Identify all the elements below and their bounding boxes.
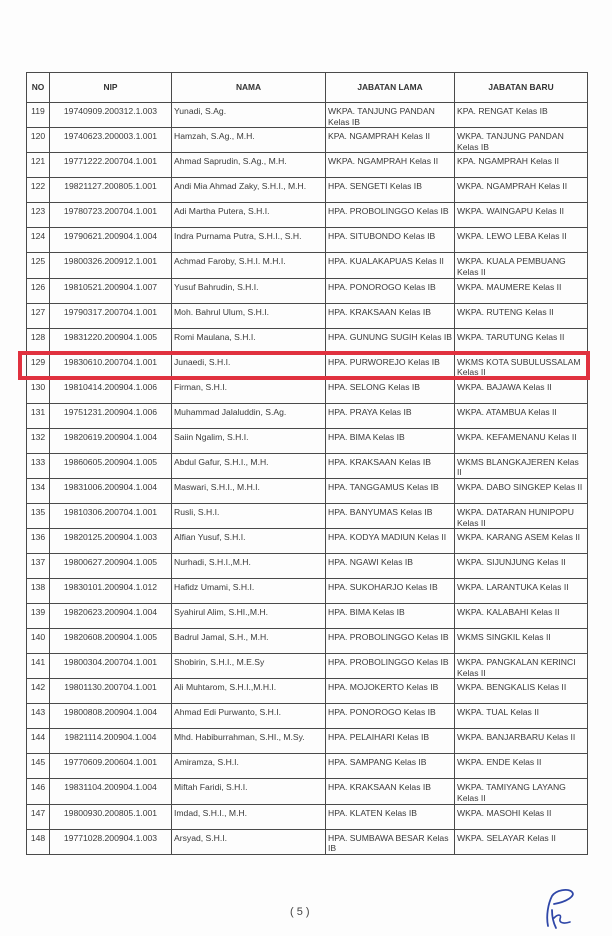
cell-no: 140 — [27, 629, 50, 654]
cell-jabatan-lama: HPA. SELONG Kelas IB — [326, 378, 455, 403]
header-no: NO — [27, 73, 50, 103]
cell-nama: Hafidz Umami, S.H.I. — [172, 579, 326, 604]
table-row: 12019740623.200003.1.001Hamzah, S.Ag., M… — [27, 128, 588, 153]
cell-jabatan-baru: WKPA. NGAMPRAH Kelas II — [455, 178, 588, 203]
cell-nama: Shobirin, S.H.I., M.E.Sy — [172, 654, 326, 679]
cell-nama: Romi Maulana, S.H.I. — [172, 328, 326, 353]
table-row: 13419831006.200904.1.004Maswari, S.H.I.,… — [27, 478, 588, 503]
cell-nama: Badrul Jamal, S.H., M.H. — [172, 629, 326, 654]
cell-jabatan-lama: HPA. PRAYA Kelas IB — [326, 403, 455, 428]
table-row: 12219821127.200805.1.001Andi Mia Ahmad Z… — [27, 178, 588, 203]
table-row: 13819830101.200904.1.012Hafidz Umami, S.… — [27, 579, 588, 604]
table-row: 14219801130.200704.1.001Ali Muhtarom, S.… — [27, 679, 588, 704]
cell-nip: 19751231.200904.1.006 — [50, 403, 172, 428]
cell-no: 141 — [27, 654, 50, 679]
cell-jabatan-lama: HPA. KRAKSAAN Kelas IB — [326, 779, 455, 804]
cell-no: 138 — [27, 579, 50, 604]
cell-jabatan-lama: HPA. MOJOKERTO Kelas IB — [326, 679, 455, 704]
cell-nip: 19831006.200904.1.004 — [50, 478, 172, 503]
cell-jabatan-baru: KPA. NGAMPRAH Kelas II — [455, 153, 588, 178]
cell-no: 145 — [27, 754, 50, 779]
cell-jabatan-lama: HPA. SENGETI Kelas IB — [326, 178, 455, 203]
cell-nip: 19801130.200704.1.001 — [50, 679, 172, 704]
cell-no: 128 — [27, 328, 50, 353]
cell-jabatan-baru: WKPA. TUAL Kelas II — [455, 704, 588, 729]
header-nama: NAMA — [172, 73, 326, 103]
cell-nip: 19830101.200904.1.012 — [50, 579, 172, 604]
cell-nip: 19810521.200904.1.007 — [50, 278, 172, 303]
cell-no: 132 — [27, 428, 50, 453]
cell-nip: 19800304.200704.1.001 — [50, 654, 172, 679]
cell-nama: Imdad, S.H.I., M.H. — [172, 804, 326, 829]
cell-nip: 19800808.200904.1.004 — [50, 704, 172, 729]
cell-jabatan-lama: HPA. PROBOLINGGO Kelas IB — [326, 654, 455, 679]
cell-no: 143 — [27, 704, 50, 729]
cell-jabatan-lama: HPA. KUALAKAPUAS Kelas II — [326, 253, 455, 278]
cell-jabatan-baru: WKPA. TAMIYANG LAYANG Kelas II — [455, 779, 588, 804]
cell-jabatan-lama: HPA. BANYUMAS Kelas IB — [326, 503, 455, 528]
cell-jabatan-lama: HPA. SUMBAWA BESAR Kelas IB — [326, 829, 455, 854]
cell-nama: Rusli, S.H.I. — [172, 503, 326, 528]
cell-jabatan-baru: WKPA. KARANG ASEM Kelas II — [455, 529, 588, 554]
cell-nama: Amiramza, S.H.I. — [172, 754, 326, 779]
table-row: 13519810306.200704.1.001Rusli, S.H.I.HPA… — [27, 503, 588, 528]
cell-nama: Yusuf Bahrudin, S.H.I. — [172, 278, 326, 303]
cell-no: 122 — [27, 178, 50, 203]
cell-jabatan-lama: HPA. TANGGAMUS Kelas IB — [326, 478, 455, 503]
cell-jabatan-lama: HPA. NGAWI Kelas IB — [326, 554, 455, 579]
cell-no: 142 — [27, 679, 50, 704]
cell-jabatan-lama: HPA. KODYA MADIUN Kelas II — [326, 529, 455, 554]
cell-nama: Adi Martha Putera, S.H.I. — [172, 203, 326, 228]
cell-jabatan-lama: HPA. SUKOHARJO Kelas IB — [326, 579, 455, 604]
cell-nip: 19740623.200003.1.001 — [50, 128, 172, 153]
cell-nip: 19800627.200904.1.005 — [50, 554, 172, 579]
cell-nama: Yunadi, S.Ag. — [172, 103, 326, 128]
table-row: 12719790317.200704.1.001Moh. Bahrul Ulum… — [27, 303, 588, 328]
cell-no: 119 — [27, 103, 50, 128]
cell-jabatan-baru: WKPA. ENDE Kelas II — [455, 754, 588, 779]
cell-nama: Ahmad Saprudin, S.Ag., M.H. — [172, 153, 326, 178]
cell-no: 136 — [27, 529, 50, 554]
cell-jabatan-baru: WKPA. MAUMERE Kelas II — [455, 278, 588, 303]
cell-nama: Miftah Faridi, S.H.I. — [172, 779, 326, 804]
cell-nip: 19830610.200704.1.001 — [50, 353, 172, 378]
cell-jabatan-baru: WKPA. BAJAWA Kelas II — [455, 378, 588, 403]
cell-no: 127 — [27, 303, 50, 328]
table-row: 14419821114.200904.1.004Mhd. Habiburrahm… — [27, 729, 588, 754]
cell-jabatan-lama: HPA. KRAKSAAN Kelas IB — [326, 453, 455, 478]
cell-nama: Indra Purnama Putra, S.H.I., S.H. — [172, 228, 326, 253]
cell-nip: 19800326.200912.1.001 — [50, 253, 172, 278]
header-nip: NIP — [50, 73, 172, 103]
cell-nip: 19831104.200904.1.004 — [50, 779, 172, 804]
cell-jabatan-lama: HPA. PONOROGO Kelas IB — [326, 278, 455, 303]
cell-nip: 19810414.200904.1.006 — [50, 378, 172, 403]
cell-nip: 19820623.200904.1.004 — [50, 604, 172, 629]
cell-no: 144 — [27, 729, 50, 754]
cell-no: 148 — [27, 829, 50, 854]
cell-jabatan-baru: WKMS KOTA SUBULUSSALAM Kelas II — [455, 353, 588, 378]
cell-jabatan-lama: HPA. SAMPANG Kelas IB — [326, 754, 455, 779]
cell-jabatan-baru: WKPA. TARUTUNG Kelas II — [455, 328, 588, 353]
cell-nip: 19790317.200704.1.001 — [50, 303, 172, 328]
cell-nama: Maswari, S.H.I., M.H.I. — [172, 478, 326, 503]
table-row: 13919820623.200904.1.004Syahirul Alim, S… — [27, 604, 588, 629]
cell-jabatan-lama: HPA. SITUBONDO Kelas IB — [326, 228, 455, 253]
cell-jabatan-baru: WKPA. KUALA PEMBUANG Kelas II — [455, 253, 588, 278]
cell-nama: Firman, S.H.I. — [172, 378, 326, 403]
cell-no: 134 — [27, 478, 50, 503]
cell-no: 131 — [27, 403, 50, 428]
table-row: 14519770609.200604.1.001Amiramza, S.H.I.… — [27, 754, 588, 779]
cell-jabatan-baru: WKPA. PANGKALAN KERINCI Kelas II — [455, 654, 588, 679]
cell-jabatan-baru: WKPA. MASOHI Kelas II — [455, 804, 588, 829]
cell-nip: 19820125.200904.1.003 — [50, 529, 172, 554]
cell-jabatan-lama: HPA. KRAKSAAN Kelas IB — [326, 303, 455, 328]
cell-jabatan-baru: WKPA. KALABAHI Kelas II — [455, 604, 588, 629]
table-row: 14319800808.200904.1.004Ahmad Edi Purwan… — [27, 704, 588, 729]
cell-jabatan-baru: WKPA. LARANTUKA Kelas II — [455, 579, 588, 604]
table-row: 12319780723.200704.1.001Adi Martha Puter… — [27, 203, 588, 228]
cell-nip: 19821114.200904.1.004 — [50, 729, 172, 754]
cell-nip: 19771222.200704.1.001 — [50, 153, 172, 178]
cell-jabatan-baru: WKPA. DATARAN HUNIPOPU Kelas II — [455, 503, 588, 528]
cell-jabatan-baru: WKMS BLANGKAJEREN Kelas II — [455, 453, 588, 478]
cell-no: 133 — [27, 453, 50, 478]
cell-jabatan-baru: WKPA. WAINGAPU Kelas II — [455, 203, 588, 228]
table-row: 14119800304.200704.1.001Shobirin, S.H.I.… — [27, 654, 588, 679]
cell-jabatan-baru: WKPA. LEWO LEBA Kelas II — [455, 228, 588, 253]
cell-no: 123 — [27, 203, 50, 228]
cell-jabatan-lama: HPA. PURWOREJO Kelas IB — [326, 353, 455, 378]
cell-nama: Hamzah, S.Ag., M.H. — [172, 128, 326, 153]
cell-nama: Junaedi, S.H.I. — [172, 353, 326, 378]
table-row: 12519800326.200912.1.001Achmad Faroby, S… — [27, 253, 588, 278]
cell-nama: Muhammad Jalaluddin, S.Ag. — [172, 403, 326, 428]
cell-jabatan-baru: WKPA. KEFAMENANU Kelas II — [455, 428, 588, 453]
header-jabatan-lama: JABATAN LAMA — [326, 73, 455, 103]
cell-jabatan-baru: WKMS SINGKIL Kelas II — [455, 629, 588, 654]
cell-jabatan-baru: WKPA. RUTENG Kelas II — [455, 303, 588, 328]
cell-jabatan-lama: HPA. KLATEN Kelas IB — [326, 804, 455, 829]
cell-no: 147 — [27, 804, 50, 829]
table-row: 14719800930.200805.1.001Imdad, S.H.I., M… — [27, 804, 588, 829]
cell-nip: 19820608.200904.1.005 — [50, 629, 172, 654]
cell-jabatan-baru: WKPA. ATAMBUA Kelas II — [455, 403, 588, 428]
cell-nama: Mhd. Habiburrahman, S.HI., M.Sy. — [172, 729, 326, 754]
cell-nip: 19831220.200904.1.005 — [50, 328, 172, 353]
cell-nama: Moh. Bahrul Ulum, S.H.I. — [172, 303, 326, 328]
cell-jabatan-lama: WKPA. TANJUNG PANDAN Kelas IB — [326, 103, 455, 128]
cell-jabatan-baru: KPA. RENGAT Kelas IB — [455, 103, 588, 128]
cell-nip: 19810306.200704.1.001 — [50, 503, 172, 528]
cell-jabatan-baru: WKPA. SELAYAR Kelas II — [455, 829, 588, 854]
cell-nama: Alfian Yusuf, S.H.I. — [172, 529, 326, 554]
cell-jabatan-lama: HPA. BIMA Kelas IB — [326, 428, 455, 453]
cell-nip: 19820619.200904.1.004 — [50, 428, 172, 453]
mutation-table: NO NIP NAMA JABATAN LAMA JABATAN BARU 11… — [26, 72, 588, 855]
cell-jabatan-lama: HPA. BIMA Kelas IB — [326, 604, 455, 629]
cell-no: 146 — [27, 779, 50, 804]
cell-jabatan-baru: WKPA. SIJUNJUNG Kelas II — [455, 554, 588, 579]
cell-nama: Achmad Faroby, S.H.I. M.H.I. — [172, 253, 326, 278]
table-row: 12119771222.200704.1.001Ahmad Saprudin, … — [27, 153, 588, 178]
cell-no: 139 — [27, 604, 50, 629]
cell-no: 121 — [27, 153, 50, 178]
header-jabatan-baru: JABATAN BARU — [455, 73, 588, 103]
table-row: 14819771028.200904.1.003Arsyad, S.H.I.HP… — [27, 829, 588, 854]
cell-jabatan-baru: WKPA. BENGKALIS Kelas II — [455, 679, 588, 704]
cell-nip: 19740909.200312.1.003 — [50, 103, 172, 128]
table-header-row: NO NIP NAMA JABATAN LAMA JABATAN BARU — [27, 73, 588, 103]
cell-nama: Abdul Gafur, S.H.I., M.H. — [172, 453, 326, 478]
cell-no: 124 — [27, 228, 50, 253]
cell-no: 130 — [27, 378, 50, 403]
cell-jabatan-lama: HPA. GUNUNG SUGIH Kelas IB — [326, 328, 455, 353]
table-row: 12819831220.200904.1.005Romi Maulana, S.… — [27, 328, 588, 353]
cell-nama: Andi Mia Ahmad Zaky, S.H.I., M.H. — [172, 178, 326, 203]
cell-jabatan-lama: HPA. PELAIHARI Kelas IB — [326, 729, 455, 754]
table-row: 13319860605.200904.1.005Abdul Gafur, S.H… — [27, 453, 588, 478]
cell-nip: 19800930.200805.1.001 — [50, 804, 172, 829]
table-row: 13019810414.200904.1.006Firman, S.H.I.HP… — [27, 378, 588, 403]
signature-icon — [540, 886, 580, 932]
cell-no: 125 — [27, 253, 50, 278]
cell-jabatan-lama: HPA. PROBOLINGGO Kelas IB — [326, 629, 455, 654]
cell-no: 126 — [27, 278, 50, 303]
cell-jabatan-baru: WKPA. TANJUNG PANDAN Kelas IB — [455, 128, 588, 153]
cell-nama: Nurhadi, S.H.I.,M.H. — [172, 554, 326, 579]
cell-nip: 19771028.200904.1.003 — [50, 829, 172, 854]
cell-jabatan-baru: WKPA. BANJARBARU Kelas II — [455, 729, 588, 754]
cell-nama: Ali Muhtarom, S.H.I.,M.H.I. — [172, 679, 326, 704]
table-row: 12419790621.200904.1.004Indra Purnama Pu… — [27, 228, 588, 253]
table-row: 14619831104.200904.1.004Miftah Faridi, S… — [27, 779, 588, 804]
table-row-highlighted: 12919830610.200704.1.001Junaedi, S.H.I.H… — [27, 353, 588, 378]
cell-nip: 19790621.200904.1.004 — [50, 228, 172, 253]
table-row: 13119751231.200904.1.006Muhammad Jalalud… — [27, 403, 588, 428]
cell-no: 120 — [27, 128, 50, 153]
cell-nama: Saiin Ngalim, S.H.I. — [172, 428, 326, 453]
cell-nama: Arsyad, S.H.I. — [172, 829, 326, 854]
cell-nip: 19860605.200904.1.005 — [50, 453, 172, 478]
cell-jabatan-lama: HPA. PONOROGO Kelas IB — [326, 704, 455, 729]
cell-nama: Ahmad Edi Purwanto, S.H.I. — [172, 704, 326, 729]
table-row: 13719800627.200904.1.005Nurhadi, S.H.I.,… — [27, 554, 588, 579]
cell-nip: 19780723.200704.1.001 — [50, 203, 172, 228]
cell-nip: 19821127.200805.1.001 — [50, 178, 172, 203]
cell-nip: 19770609.200604.1.001 — [50, 754, 172, 779]
table-row: 12619810521.200904.1.007Yusuf Bahrudin, … — [27, 278, 588, 303]
table-body: 11919740909.200312.1.003Yunadi, S.Ag.WKP… — [27, 103, 588, 855]
table-row: 13219820619.200904.1.004Saiin Ngalim, S.… — [27, 428, 588, 453]
page-number: ( 5 ) — [290, 906, 310, 918]
cell-jabatan-lama: WKPA. NGAMPRAH Kelas II — [326, 153, 455, 178]
cell-jabatan-lama: HPA. PROBOLINGGO Kelas IB — [326, 203, 455, 228]
table-row: 13619820125.200904.1.003Alfian Yusuf, S.… — [27, 529, 588, 554]
table-row: 11919740909.200312.1.003Yunadi, S.Ag.WKP… — [27, 103, 588, 128]
cell-nama: Syahirul Alim, S.HI.,M.H. — [172, 604, 326, 629]
table-row: 14019820608.200904.1.005Badrul Jamal, S.… — [27, 629, 588, 654]
cell-jabatan-baru: WKPA. DABO SINGKEP Kelas II — [455, 478, 588, 503]
cell-jabatan-lama: KPA. NGAMPRAH Kelas II — [326, 128, 455, 153]
cell-no: 129 — [27, 353, 50, 378]
cell-no: 137 — [27, 554, 50, 579]
cell-no: 135 — [27, 503, 50, 528]
